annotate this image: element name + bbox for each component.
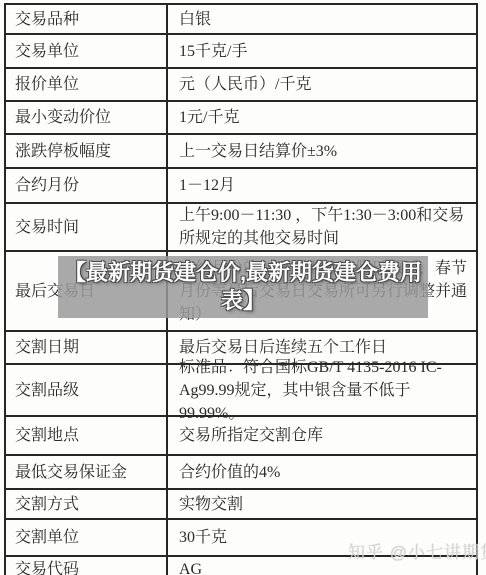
spec-label: 合约月份 xyxy=(6,169,168,202)
spec-label: 交割日期 xyxy=(6,332,168,363)
spec-label: 交割品级 xyxy=(6,365,168,415)
spec-value: 白银 xyxy=(168,5,476,33)
spec-label: 交割地点 xyxy=(6,417,168,454)
table-row: 交割方式 实物交割 xyxy=(6,490,476,520)
spec-value: 标准品：符合国标GB/T 4135-2016 IC-Ag99.99规定，其中银含… xyxy=(168,365,476,415)
spec-value: 实物交割 xyxy=(168,490,476,518)
spec-value: 1元/千克 xyxy=(168,102,476,133)
table-row: 报价单位 元（人民币）/千克 xyxy=(6,69,476,102)
table-row: 交易品种 白银 xyxy=(6,5,476,35)
center-watermark-banner: 【最新期货建仓价,最新期货建仓费用表】 xyxy=(58,256,428,318)
spec-value: 上午9:00－11:30 ，下午1:30－3:00和交易所规定的其他交易时间 xyxy=(168,204,476,250)
zhihu-author-watermark: 知乎 @小七讲期货 xyxy=(348,538,486,563)
spec-value: 元（人民币）/千克 xyxy=(168,69,476,100)
table-row: 合约月份 1－12月 xyxy=(6,169,476,204)
table-row: 交割品级 标准品：符合国标GB/T 4135-2016 IC-Ag99.99规定… xyxy=(6,365,476,417)
spec-value: 15千克/手 xyxy=(168,35,476,67)
spec-label: 交割单位 xyxy=(6,520,168,555)
spec-label: 报价单位 xyxy=(6,69,168,100)
table-row: 最小变动价位 1元/千克 xyxy=(6,102,476,135)
spec-value: 1－12月 xyxy=(168,169,476,202)
table-row: 交易时间 上午9:00－11:30 ，下午1:30－3:00和交易所规定的其他交… xyxy=(6,204,476,252)
table-row: 交割地点 交易所指定交割仓库 xyxy=(6,417,476,456)
spec-label: 交易单位 xyxy=(6,35,168,67)
spec-value: 上一交易日结算价±3% xyxy=(168,135,476,167)
table-row: 最低交易保证金 合约价值的4% xyxy=(6,456,476,490)
spec-label: 交割方式 xyxy=(6,490,168,518)
center-watermark-text: 【最新期货建仓价,最新期货建仓费用表】 xyxy=(62,259,424,315)
spec-label: 涨跌停板幅度 xyxy=(6,135,168,167)
page: 交易品种 白银 交易单位 15千克/手 报价单位 元（人民币）/千克 最小变动价… xyxy=(0,0,486,575)
spec-label: 交易品种 xyxy=(6,5,168,33)
spec-label: 交易代码 xyxy=(6,557,168,575)
spec-value: 交易所指定交割仓库 xyxy=(168,417,476,454)
table-row: 涨跌停板幅度 上一交易日结算价±3% xyxy=(6,135,476,169)
spec-value: 合约价值的4% xyxy=(168,456,476,488)
table-row: 交易单位 15千克/手 xyxy=(6,35,476,69)
spec-label: 最低交易保证金 xyxy=(6,456,168,488)
spec-label: 交易时间 xyxy=(6,204,168,250)
spec-label: 最小变动价位 xyxy=(6,102,168,133)
